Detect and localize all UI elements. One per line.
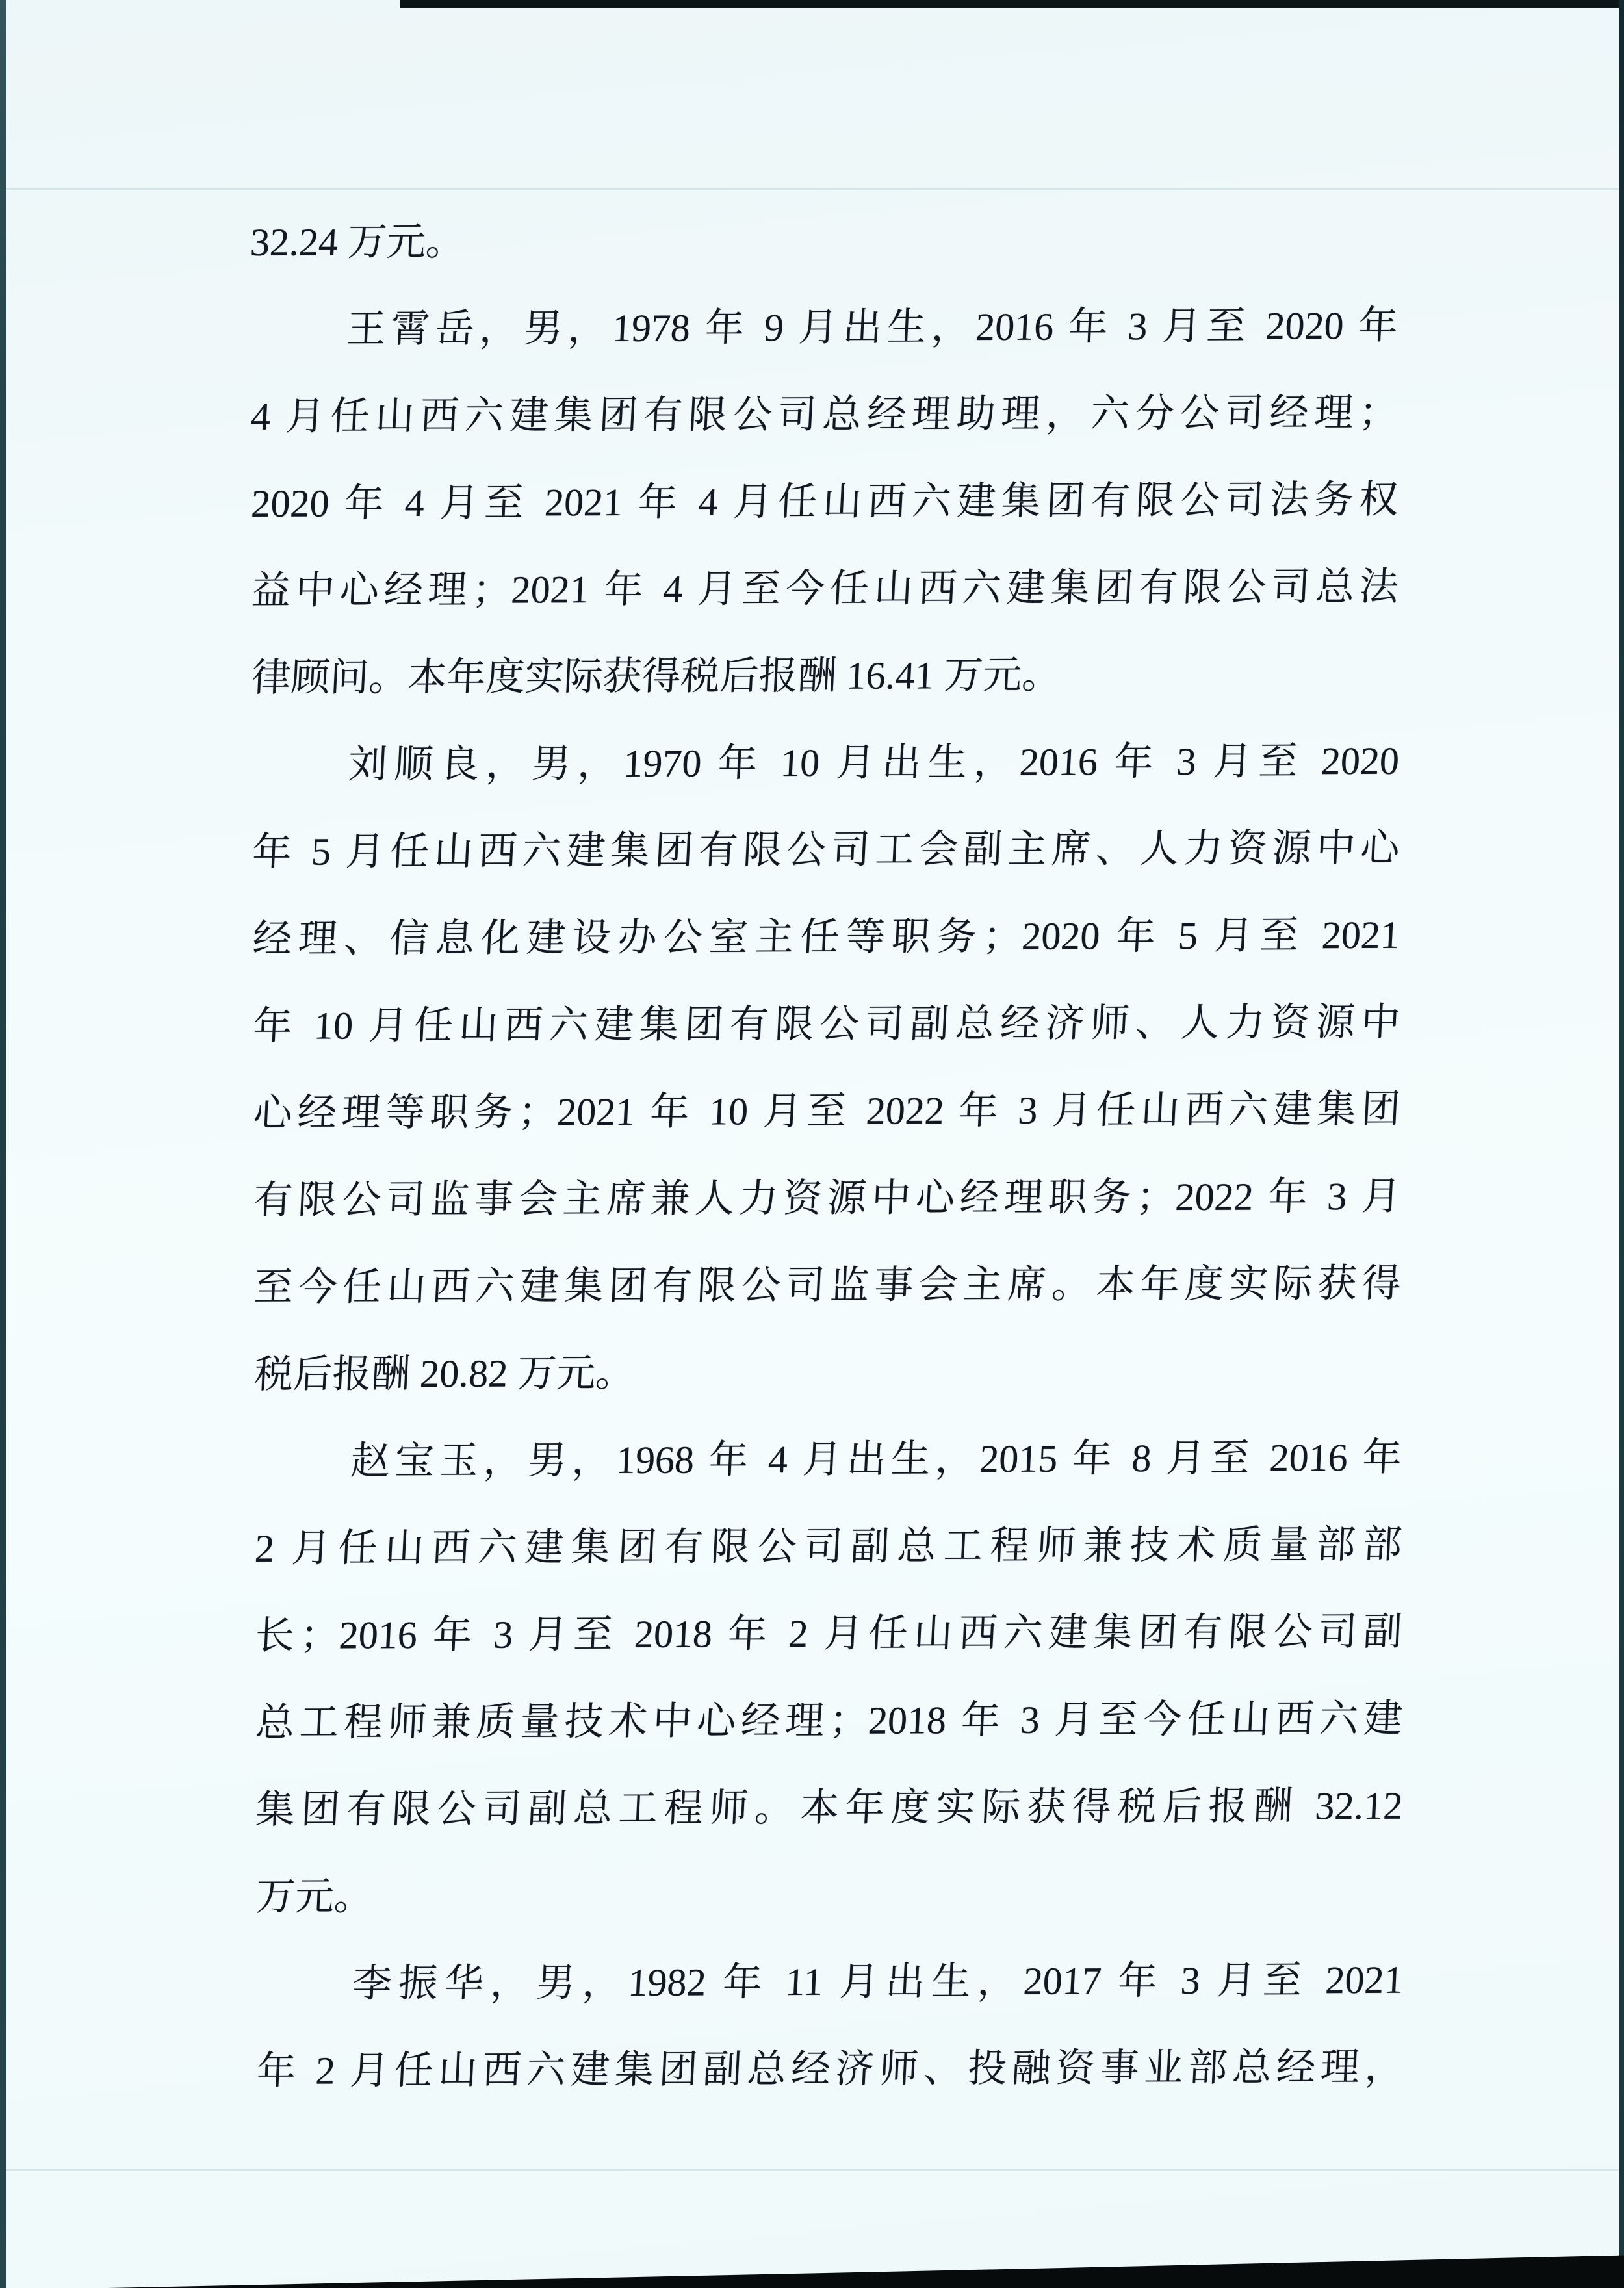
scanned-document-page: { "page": { "paper_color": "#f2fafb", "t… — [0, 0, 1624, 2288]
text-line: 王霄岳，男，1978 年 9 月出生，2016 年 3 月至 2020 年 — [248, 282, 1400, 373]
text-line: 4 月任山西六建集团有限公司总经理助理，六分公司经理； — [249, 369, 1400, 460]
fold-line — [0, 188, 1624, 190]
text-line: 长；2016 年 3 月至 2018 年 2 月任山西六建集团有限公司副 — [253, 1588, 1404, 1679]
text-line: 年 10 月任山西六建集团有限公司副总经济师、人力资源中 — [251, 979, 1402, 1070]
scan-edge-bottom — [0, 2252, 1624, 2288]
paper: 32.24 万元。 王霄岳，男，1978 年 9 月出生，2016 年 3 月至… — [0, 0, 1624, 2288]
document-text: 32.24 万元。 王霄岳，男，1978 年 9 月出生，2016 年 3 月至… — [250, 195, 1404, 2114]
text-line: 益中心经理；2021 年 4 月至今任山西六建集团有限公司总法 — [250, 543, 1401, 634]
text-line: 2 月任山西六建集团有限公司副总工程师兼技术质量部部 — [253, 1501, 1404, 1592]
text-line: 有限公司监事会主席兼人力资源中心经理职务；2022 年 3 月 — [251, 1153, 1403, 1244]
text-line: 心经理等职务；2021 年 10 月至 2022 年 3 月任山西六建集团 — [251, 1066, 1403, 1157]
text-line: 刘顺良，男，1970 年 10 月出生，2016 年 3 月至 2020 — [250, 717, 1402, 808]
text-line: 年 2 月任山西六建集团副总经济师、投融资事业部总经理， — [255, 2024, 1406, 2114]
text-line: 集团有限公司副总工程师。本年度实际获得税后报酬 32.12 — [253, 1762, 1405, 1853]
text-line: 律顾问。本年度实际获得税后报酬 16.41 万元。 — [250, 630, 1401, 721]
fold-line — [0, 2169, 1624, 2171]
text-line: 年 5 月任山西六建集团有限公司工会副主席、人力资源中心 — [250, 804, 1402, 895]
text-line: 万元。 — [254, 1849, 1406, 1940]
scan-edge-right — [1619, 0, 1624, 2288]
text-line: 2020 年 4 月至 2021 年 4 月任山西六建集团有限公司法务权 — [249, 456, 1400, 547]
text-line: 李振华，男，1982 年 11 月出生，2017 年 3 月至 2021 — [254, 1936, 1406, 2027]
scan-edge-left — [0, 0, 6, 2288]
text-line: 至今任山西六建集团有限公司监事会主席。本年度实际获得 — [252, 1240, 1404, 1331]
scan-edge-top — [400, 0, 1624, 8]
text-line: 税后报酬 20.82 万元。 — [252, 1327, 1404, 1418]
text-line: 赵宝玉，男，1968 年 4 月出生，2015 年 8 月至 2016 年 — [253, 1414, 1404, 1505]
text-line: 32.24 万元。 — [248, 195, 1400, 286]
text-line: 总工程师兼质量技术中心经理；2018 年 3 月至今任山西六建 — [253, 1675, 1405, 1766]
text-line: 经理、信息化建设办公室主任等职务；2020 年 5 月至 2021 — [251, 892, 1402, 983]
